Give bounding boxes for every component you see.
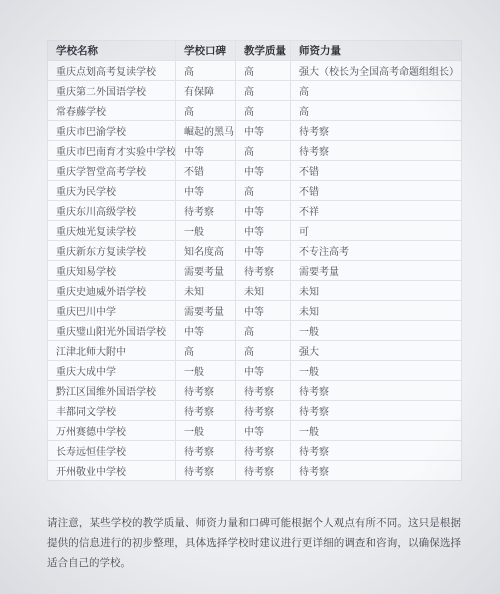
table-cell: 高 — [236, 141, 291, 161]
table-cell: 重庆史迪威外语学校 — [48, 281, 176, 301]
table-cell: 有保障 — [176, 81, 236, 101]
table-row: 江津北师大附中高高强大 — [48, 341, 462, 361]
table-cell: 中等 — [236, 421, 291, 441]
table-cell: 中等 — [236, 301, 291, 321]
table-cell: 重庆第二外国语学校 — [48, 81, 176, 101]
table-cell: 高 — [176, 341, 236, 361]
table-cell: 一般 — [176, 221, 236, 241]
table-cell: 高 — [236, 341, 291, 361]
table-cell: 万州赛德中学校 — [48, 421, 176, 441]
table-cell: 崛起的黑马 — [176, 121, 236, 141]
table-row: 常春藤学校高高高 — [48, 101, 462, 121]
table-row: 重庆市巴南育才实验中学校中等高待考察 — [48, 141, 462, 161]
table-cell: 重庆大成中学 — [48, 361, 176, 381]
table-cell: 重庆点划高考复读学校 — [48, 61, 176, 81]
column-header: 学校口碑 — [176, 41, 236, 61]
table-cell: 一般 — [291, 421, 462, 441]
table-cell: 中等 — [236, 121, 291, 141]
table-cell: 中等 — [176, 181, 236, 201]
table-cell: 不专注高考 — [291, 241, 462, 261]
table-cell: 重庆巴川中学 — [48, 301, 176, 321]
table-row: 重庆史迪威外语学校未知未知未知 — [48, 281, 462, 301]
table-cell: 未知 — [291, 301, 462, 321]
table-cell: 一般 — [176, 361, 236, 381]
table-cell: 一般 — [291, 321, 462, 341]
table-cell: 待考察 — [176, 461, 236, 481]
table-cell: 中等 — [236, 201, 291, 221]
table-cell: 江津北师大附中 — [48, 341, 176, 361]
table-cell: 需要考量 — [176, 301, 236, 321]
table-cell: 黔江区国维外国语学校 — [48, 381, 176, 401]
table-cell: 待考察 — [236, 441, 291, 461]
column-header: 教学质量 — [236, 41, 291, 61]
table-cell: 丰都同文学校 — [48, 401, 176, 421]
table-row: 重庆点划高考复读学校高高强大（校长为全国高考命题组组长） — [48, 61, 462, 81]
table-cell: 待考察 — [291, 121, 462, 141]
table-cell: 待考察 — [236, 461, 291, 481]
table-cell: 需要考量 — [176, 261, 236, 281]
table-cell: 待考察 — [291, 441, 462, 461]
table-cell: 高 — [236, 61, 291, 81]
school-comparison-table-container: 学校名称学校口碑教学质量师资力量 重庆点划高考复读学校高高强大（校长为全国高考命… — [47, 40, 461, 481]
table-cell: 不错 — [291, 181, 462, 201]
table-cell: 一般 — [176, 421, 236, 441]
table-cell: 中等 — [236, 241, 291, 261]
table-cell: 待考察 — [236, 381, 291, 401]
table-cell: 高 — [291, 101, 462, 121]
column-header: 师资力量 — [291, 41, 462, 61]
table-row: 开州敬业中学校待考察待考察待考察 — [48, 461, 462, 481]
table-cell: 中等 — [176, 141, 236, 161]
table-cell: 常春藤学校 — [48, 101, 176, 121]
table-cell: 重庆新东方复读学校 — [48, 241, 176, 261]
table-cell: 强大 — [291, 341, 462, 361]
table-cell: 中等 — [236, 161, 291, 181]
table-row: 重庆大成中学一般中等一般 — [48, 361, 462, 381]
table-cell: 高 — [176, 101, 236, 121]
table-row: 重庆市巴渝学校崛起的黑马中等待考察 — [48, 121, 462, 141]
table-cell: 重庆烛光复读学校 — [48, 221, 176, 241]
table-cell: 知名度高 — [176, 241, 236, 261]
table-cell: 未知 — [176, 281, 236, 301]
table-cell: 待考察 — [291, 381, 462, 401]
table-row: 重庆东川高级学校待考察中等不祥 — [48, 201, 462, 221]
table-row: 重庆第二外国语学校有保障高高 — [48, 81, 462, 101]
table-row: 重庆巴川中学需要考量中等未知 — [48, 301, 462, 321]
table-row: 长寿远恒佳学校待考察待考察待考察 — [48, 441, 462, 461]
table-cell: 高 — [236, 101, 291, 121]
table-cell: 待考察 — [176, 381, 236, 401]
table-cell: 强大（校长为全国高考命题组组长） — [291, 61, 462, 81]
table-body: 重庆点划高考复读学校高高强大（校长为全国高考命题组组长）重庆第二外国语学校有保障… — [48, 61, 462, 481]
table-row: 丰都同文学校待考察待考察待考察 — [48, 401, 462, 421]
table-header-row: 学校名称学校口碑教学质量师资力量 — [48, 41, 462, 61]
table-cell: 开州敬业中学校 — [48, 461, 176, 481]
table-row: 重庆知易学校需要考量待考察需要考量 — [48, 261, 462, 281]
table-row: 重庆烛光复读学校一般中等可 — [48, 221, 462, 241]
table-cell: 高 — [176, 61, 236, 81]
table-cell: 待考察 — [176, 401, 236, 421]
table-cell: 重庆璧山阳光外国语学校 — [48, 321, 176, 341]
table-cell: 不错 — [291, 161, 462, 181]
column-header: 学校名称 — [48, 41, 176, 61]
table-cell: 待考察 — [291, 141, 462, 161]
table-cell: 待考察 — [236, 401, 291, 421]
table-cell: 高 — [236, 321, 291, 341]
table-cell: 待考察 — [176, 441, 236, 461]
table-cell: 待考察 — [236, 261, 291, 281]
table-cell: 可 — [291, 221, 462, 241]
table-cell: 重庆为民学校 — [48, 181, 176, 201]
table-cell: 待考察 — [291, 401, 462, 421]
table-cell: 一般 — [291, 361, 462, 381]
table-cell: 待考察 — [176, 201, 236, 221]
table-cell: 中等 — [236, 361, 291, 381]
table-cell: 中等 — [236, 221, 291, 241]
table-row: 重庆新东方复读学校知名度高中等不专注高考 — [48, 241, 462, 261]
disclaimer-note: 请注意，某些学校的教学质量、师资力量和口碑可能根据个人观点有所不同。这只是根据提… — [47, 513, 461, 573]
table-cell: 高 — [291, 81, 462, 101]
school-comparison-table: 学校名称学校口碑教学质量师资力量 重庆点划高考复读学校高高强大（校长为全国高考命… — [47, 40, 462, 481]
table-cell: 重庆市巴南育才实验中学校 — [48, 141, 176, 161]
table-row: 重庆学智堂高考学校不错中等不错 — [48, 161, 462, 181]
table-cell: 未知 — [291, 281, 462, 301]
table-row: 重庆为民学校中等高不错 — [48, 181, 462, 201]
table-row: 黔江区国维外国语学校待考察待考察待考察 — [48, 381, 462, 401]
table-cell: 未知 — [236, 281, 291, 301]
table-cell: 不祥 — [291, 201, 462, 221]
table-cell: 重庆学智堂高考学校 — [48, 161, 176, 181]
table-cell: 中等 — [176, 321, 236, 341]
table-row: 万州赛德中学校一般中等一般 — [48, 421, 462, 441]
table-cell: 重庆市巴渝学校 — [48, 121, 176, 141]
table-cell: 重庆东川高级学校 — [48, 201, 176, 221]
table-row: 重庆璧山阳光外国语学校中等高一般 — [48, 321, 462, 341]
table-cell: 长寿远恒佳学校 — [48, 441, 176, 461]
table-cell: 高 — [236, 81, 291, 101]
table-cell: 需要考量 — [291, 261, 462, 281]
table-cell: 重庆知易学校 — [48, 261, 176, 281]
table-cell: 高 — [236, 181, 291, 201]
table-cell: 待考察 — [291, 461, 462, 481]
table-cell: 不错 — [176, 161, 236, 181]
